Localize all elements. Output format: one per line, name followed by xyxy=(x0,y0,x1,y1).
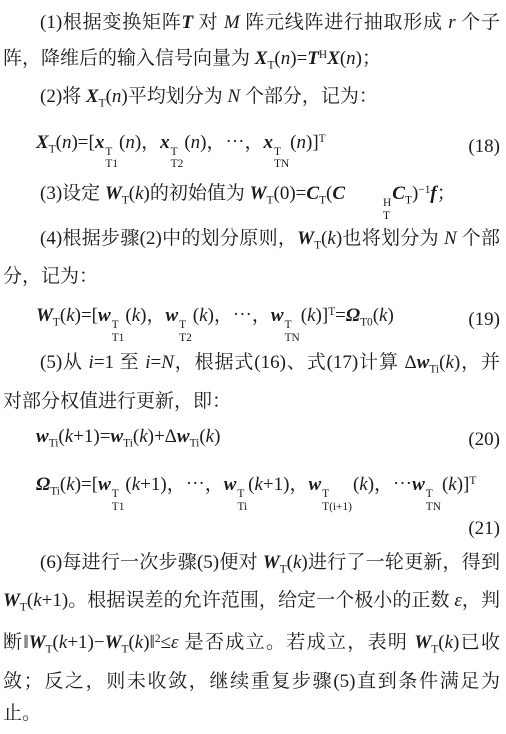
subscript: TN xyxy=(426,501,441,514)
subscript: T xyxy=(346,210,390,223)
text-run: )=[ xyxy=(75,474,98,495)
subscript: T xyxy=(280,563,287,575)
subscript: T0 xyxy=(360,316,373,328)
superscript: T xyxy=(426,488,433,501)
text-run: (2)将 xyxy=(40,86,86,107)
text-run: )进行了一轮更新，得到 xyxy=(301,552,500,573)
text-run: (4)根据步骤(2)中的划分原则， xyxy=(40,228,297,249)
text-run: +1)，⋯， xyxy=(140,474,224,495)
step-3-paragraph: (3)设定 WT(k)的初始值为 WT(0)=CT(CHTCT)−1f； xyxy=(3,174,500,223)
math-token: W xyxy=(250,183,267,204)
equation-20: wTi(k+1)=wTi(k)+ΔwTi(k) (20) xyxy=(3,418,500,462)
sup-sub-stack: TT1 xyxy=(112,488,125,514)
math-token: k xyxy=(307,305,315,326)
subscript: T xyxy=(267,194,274,206)
text-run: )，⋯， xyxy=(208,305,271,326)
math-token: w xyxy=(417,352,430,373)
step-4-paragraph: (4)根据步骤(2)中的划分原则，WT(k)也将划分为 N 个部分，记为： xyxy=(3,223,500,293)
equation-19-number: (19) xyxy=(468,304,500,336)
superscript: T xyxy=(179,319,186,332)
subscript: T xyxy=(405,194,412,206)
superscript: T xyxy=(112,319,119,332)
math-token: x xyxy=(160,132,170,153)
math-token: n xyxy=(125,132,135,153)
sup-sub-stack: TT(i+1) xyxy=(322,488,352,514)
math-token: X xyxy=(327,48,340,69)
math-token: w xyxy=(98,305,111,326)
text-run: 个部分，记为： xyxy=(240,86,378,107)
math-token: k xyxy=(135,632,143,653)
text-run: (5)从 xyxy=(40,352,89,373)
math-token: C xyxy=(306,183,319,204)
step-6-paragraph: (6)每进行一次步骤(5)便对 WT(k)进行了一轮更新，得到 WT(k+1)。… xyxy=(3,547,500,730)
equation-21-body: ΩTi(k)=[wTT1(k+1)，⋯，wTTi(k+1)，wTT(i+1)(k… xyxy=(36,465,500,514)
superscript: T xyxy=(322,488,329,501)
text-run: 阵元线阵进行抽取形成 xyxy=(240,12,449,33)
superscript: H xyxy=(319,49,327,61)
math-token: k xyxy=(139,426,147,447)
text-run: +1)= xyxy=(73,426,110,447)
subscript: T xyxy=(46,644,53,656)
math-token: ε xyxy=(171,632,179,653)
math-token: T xyxy=(307,48,319,69)
math-token: W xyxy=(297,228,314,249)
subscript: T xyxy=(49,143,56,155)
math-token: k xyxy=(359,474,367,495)
math-token: C xyxy=(392,183,405,204)
math-token: n xyxy=(297,132,307,153)
subscript: T xyxy=(20,601,27,613)
superscript: T xyxy=(319,133,326,145)
equation-21: ΩTi(k)=[wTT1(k+1)，⋯，wTTi(k+1)，wTT(i+1)(k… xyxy=(3,462,500,547)
text-run: )=[ xyxy=(75,305,98,326)
math-token: k xyxy=(445,352,453,373)
math-token: n xyxy=(346,48,356,69)
subscript: Ti xyxy=(123,437,133,449)
math-token: Ω xyxy=(346,305,360,326)
subscript: T2 xyxy=(179,332,192,345)
text-run: (1)根据变换矩阵 xyxy=(40,12,181,33)
math-token: k xyxy=(445,632,453,653)
math-token: W xyxy=(36,305,53,326)
sup-sub-stack: TTN xyxy=(426,488,441,514)
text-run: )+Δ xyxy=(148,426,177,447)
math-token: N xyxy=(227,86,240,107)
subscript: T2 xyxy=(171,158,184,171)
sup-sub-stack: TTi xyxy=(237,488,247,514)
sup-sub-stack: TT1 xyxy=(105,146,118,172)
math-token: W xyxy=(263,552,280,573)
step-1-paragraph: (1)根据变换矩阵T 对 M 阵元线阵进行抽取形成 r 个子阵，降维后的输入信号… xyxy=(3,7,500,81)
equation-21-number: (21) xyxy=(36,514,500,544)
text-run: )] xyxy=(457,474,470,495)
text-run: )= xyxy=(290,48,307,69)
math-token: w xyxy=(110,426,123,447)
subscript: TN xyxy=(274,158,289,171)
math-token: T xyxy=(181,12,193,33)
text-run: )的初始值为 xyxy=(144,183,250,204)
math-token: w xyxy=(412,474,425,495)
equation-18-body: XT(n)=[xTT1(n)，xTT2(n)，⋯，xTTN(n)]T xyxy=(36,123,462,172)
text-run: = xyxy=(150,352,161,373)
text-run: 对 xyxy=(193,12,224,33)
superscript: T xyxy=(274,146,281,159)
equation-19: WT(k)=[wTT1(k)，wTT2(k)，⋯，wTTN(k)]T=ΩT0(k… xyxy=(3,293,500,348)
sup-sub-stack: HT xyxy=(346,197,391,223)
text-run: )也将划分为 xyxy=(336,228,444,249)
math-token: M xyxy=(224,12,240,33)
math-token: w xyxy=(177,426,190,447)
text-run: ) xyxy=(387,305,393,326)
math-token: x xyxy=(95,132,105,153)
math-token: X xyxy=(255,48,268,69)
subscript: T xyxy=(314,239,321,251)
math-token: x xyxy=(263,132,273,153)
subscript: T1 xyxy=(105,158,118,171)
superscript: T xyxy=(285,319,292,332)
text-run: )， xyxy=(140,305,165,326)
math-token: k xyxy=(132,474,140,495)
math-token: k xyxy=(206,426,214,447)
equation-18: XT(n)=[xTT1(n)，xTT2(n)，⋯，xTTN(n)]T (18) xyxy=(3,120,500,175)
math-token: w xyxy=(224,474,237,495)
text-run: )] xyxy=(306,132,319,153)
math-token: w xyxy=(308,474,321,495)
math-token: k xyxy=(199,305,207,326)
text-run: +1)。根据误差的允许范围，给定一个极小的正数 xyxy=(42,590,455,611)
superscript: T xyxy=(105,146,112,159)
math-token: Ω xyxy=(36,474,50,495)
subscript: Ti xyxy=(237,501,247,514)
superscript: T xyxy=(469,475,476,487)
sup-sub-stack: TT2 xyxy=(179,319,192,345)
text-run: )，⋯， xyxy=(200,132,263,153)
math-token: X xyxy=(36,132,49,153)
math-token: W xyxy=(29,632,46,653)
math-token: n xyxy=(281,48,291,69)
text-run: ≤ xyxy=(161,632,171,653)
step-2-paragraph: (2)将 XT(n)平均划分为 N 个部分，记为： xyxy=(3,81,500,119)
math-token: n xyxy=(191,132,201,153)
text-run: =1 至 xyxy=(94,352,145,373)
math-token: k xyxy=(66,305,74,326)
text-run: )‖ xyxy=(143,632,155,653)
superscript: H xyxy=(346,197,391,210)
math-token: k xyxy=(66,474,74,495)
text-run: )=[ xyxy=(71,132,94,153)
text-run: )] xyxy=(316,305,329,326)
subscript: Ti xyxy=(49,437,59,449)
superscript: T xyxy=(112,488,119,501)
text-run: ； xyxy=(437,183,456,204)
math-token: w xyxy=(36,426,49,447)
text-run: (0)= xyxy=(274,183,307,204)
math-token: W xyxy=(414,632,431,653)
text-run: ，根据式(16)、式(17)计算 Δ xyxy=(174,352,417,373)
math-token: k xyxy=(33,590,41,611)
math-token: C xyxy=(332,183,345,204)
sup-sub-stack: TTN xyxy=(274,146,289,172)
math-token: N xyxy=(444,228,457,249)
math-token: k xyxy=(65,426,73,447)
equation-20-number: (20) xyxy=(468,424,500,456)
math-token: r xyxy=(448,12,455,33)
sup-sub-stack: TTN xyxy=(285,319,300,345)
math-token: w xyxy=(271,305,284,326)
math-token: X xyxy=(86,86,99,107)
subscript: Ti xyxy=(190,437,200,449)
subscript: TN xyxy=(285,332,300,345)
math-token: N xyxy=(161,352,174,373)
subscript: T xyxy=(99,98,106,110)
math-token: n xyxy=(112,86,122,107)
subscript: T1 xyxy=(112,501,125,514)
subscript: Ti xyxy=(429,364,439,376)
math-token: k xyxy=(327,228,335,249)
text-run: )， xyxy=(135,132,160,153)
math-token: k xyxy=(135,183,143,204)
step-5-paragraph: (5)从 i=1 至 i=N，根据式(16)、式(17)计算 ΔwTi(k)，并… xyxy=(3,347,500,417)
math-token: W xyxy=(105,632,122,653)
subscript: T1 xyxy=(112,332,125,345)
superscript: T xyxy=(237,488,244,501)
math-token: W xyxy=(3,590,20,611)
text-run: )平均划分为 xyxy=(121,86,227,107)
text-run: 是否成立。若成立，表明 xyxy=(179,632,415,653)
text-run: )； xyxy=(356,48,381,69)
superscript: T xyxy=(171,146,178,159)
subscript: Ti xyxy=(50,485,60,497)
equation-18-number: (18) xyxy=(468,131,500,163)
text-run: (6)每进行一次步骤(5)便对 xyxy=(40,552,263,573)
superscript: −1 xyxy=(418,184,430,196)
subscript: T xyxy=(319,194,326,206)
sup-sub-stack: TT2 xyxy=(171,146,184,172)
math-token: W xyxy=(105,183,122,204)
math-token: w xyxy=(98,474,111,495)
paper-page: (1)根据变换矩阵T 对 M 阵元线阵进行抽取形成 r 个子阵，降维后的输入信号… xyxy=(0,0,506,734)
text-run: )，⋯ xyxy=(368,474,412,495)
math-token: ε xyxy=(454,590,462,611)
math-token: k xyxy=(448,474,456,495)
text-run: = xyxy=(335,305,346,326)
subscript: T xyxy=(122,194,129,206)
subscript: T xyxy=(53,316,60,328)
sup-sub-stack: TT1 xyxy=(112,319,125,345)
text-run: ) xyxy=(214,426,220,447)
math-token: k xyxy=(254,474,262,495)
equation-20-body: wTi(k+1)=wTi(k)+ΔwTi(k) xyxy=(36,421,462,459)
text-run: (3)设定 xyxy=(40,183,105,204)
math-token: k xyxy=(132,305,140,326)
equation-19-body: WT(k)=[wTT1(k)，wTT2(k)，⋯，wTTN(k)]T=ΩT0(k… xyxy=(36,296,462,345)
subscript: T(i+1) xyxy=(322,501,352,514)
text-run: +1)− xyxy=(67,632,104,653)
text-run: +1)， xyxy=(263,474,309,495)
math-token: w xyxy=(165,305,178,326)
